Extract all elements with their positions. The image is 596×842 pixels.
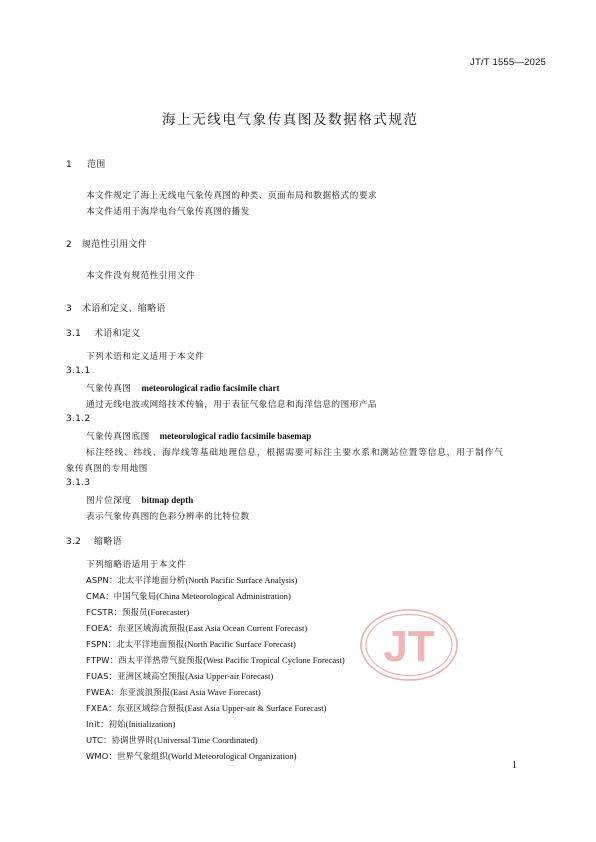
jt-watermark-logo: JT xyxy=(359,608,459,682)
abbr-zh: 东亚波浪预报 xyxy=(119,687,170,697)
abbr-en: (North Pacific Surface Analysis) xyxy=(185,575,297,585)
section-number: 1 xyxy=(66,160,87,170)
abbr-en: (East Asia Wave Forecast) xyxy=(170,687,261,697)
abbr-code: CMA xyxy=(86,591,105,601)
abbr-code: FTPW xyxy=(86,655,110,665)
abbreviation-item: FWEA：东亚波浪预报(East Asia Wave Forecast) xyxy=(86,686,261,698)
abbr-en: (North Pacific Surface Forecast) xyxy=(184,639,295,649)
abbr-zh: 西太平洋热带气旋预报 xyxy=(118,655,203,665)
abbreviation-item: FSPN：北太平洋地面预报(North Pacific Surface Fore… xyxy=(86,638,296,650)
term-en: meteorological radio facsimile basemap xyxy=(160,431,312,441)
abbr-code: FSPN xyxy=(86,639,108,649)
section-title: 缩略语 xyxy=(94,537,122,547)
abbr-en: (Initialization) xyxy=(126,719,176,729)
abbr-en: (Forecaster) xyxy=(148,607,190,617)
abbr-code: Init xyxy=(86,719,100,729)
intro-text: 下列缩略语适用于本文件 xyxy=(86,558,186,570)
section-title: 术语和定义 xyxy=(94,329,141,339)
document-title: 海上无线电气象传真图及数据格式规范 xyxy=(162,108,419,128)
section-number: 3 xyxy=(66,304,82,314)
abbr-zh: 东亚区域综合预报 xyxy=(117,703,185,713)
abbr-zh: 世界气象组织 xyxy=(117,751,168,761)
abbr-en: (World Meteorological Organization) xyxy=(168,751,297,761)
term-definition-continued: 象传真图的专用地图 xyxy=(66,462,148,474)
term-number: 3.1.2 xyxy=(66,414,90,424)
term-definition: 标注经线、纬线、海岸线等基础地理信息，根据需要可标注主要水系和测站位置等信息，用… xyxy=(86,446,504,458)
abbreviation-item: FCSTR：预报员(Forecaster) xyxy=(86,606,189,618)
abbr-code: FWEA xyxy=(86,687,111,697)
abbr-code: UTC xyxy=(86,735,103,745)
term-heading: 气象传真图meteorological radio facsimile char… xyxy=(86,382,280,394)
abbr-zh: 东亚区域海流预报 xyxy=(118,623,186,633)
abbreviation-item: WMO：世界气象组织(World Meteorological Organiza… xyxy=(86,750,296,762)
abbreviation-item: FXEA：东亚区域综合预报(East Asia Upper-air & Surf… xyxy=(86,702,326,714)
section-title: 规范性引用文件 xyxy=(82,240,147,250)
page-number: 1 xyxy=(512,760,517,771)
section-number: 2 xyxy=(66,240,82,250)
section-title: 术语和定义、缩略语 xyxy=(82,304,166,314)
abbr-zh: 初始 xyxy=(109,719,126,729)
abbr-zh: 亚洲区域高空预报 xyxy=(117,671,185,681)
term-number: 3.1.3 xyxy=(66,478,90,488)
abbr-en: (Asia Upper-air Forecast) xyxy=(185,671,273,681)
abbr-zh: 中国气象局 xyxy=(114,591,157,601)
abbr-code: FXEA xyxy=(86,703,108,713)
term-number: 3.1.1 xyxy=(66,366,90,376)
intro-text: 下列术语和定义适用于本文件 xyxy=(86,350,204,362)
abbreviation-item: Init：初始(Initialization) xyxy=(86,718,175,730)
section-3-2-heading: 3.2缩略语 xyxy=(66,534,122,547)
abbr-en: (West Pacific Tropical Cyclone Forecast) xyxy=(203,655,345,665)
watermark-ellipse-icon: JT xyxy=(359,608,459,682)
section-number: 3.2 xyxy=(66,537,94,547)
abbr-zh: 北太平洋地面分析 xyxy=(117,575,185,585)
term-heading: 气象传真图底图meteorological radio facsimile ba… xyxy=(86,430,311,442)
paragraph: 本文件没有规范性引用文件 xyxy=(86,269,195,281)
term-definition: 表示气象传真图的色彩分辨率的比特位数 xyxy=(86,510,250,522)
abbr-en: (China Meteorological Administration) xyxy=(156,591,291,601)
abbr-zh: 预报员 xyxy=(122,607,148,617)
abbr-en: (Universal Time Coordinated) xyxy=(154,735,258,745)
section-3-heading: 3术语和定义、缩略语 xyxy=(66,301,166,314)
abbr-zh: 协调世界时 xyxy=(112,735,155,745)
abbreviation-item: ASPN：北太平洋地面分析(North Pacific Surface Anal… xyxy=(86,574,297,586)
svg-text:JT: JT xyxy=(383,622,434,671)
standard-code: JT/T 1555—2025 xyxy=(470,57,546,68)
term-zh: 图片位深度 xyxy=(86,496,131,506)
term-en: meteorological radio facsimile chart xyxy=(141,383,279,393)
abbreviation-item: FTPW：西太平洋热带气旋预报(West Pacific Tropical Cy… xyxy=(86,654,345,666)
term-zh: 气象传真图底图 xyxy=(86,432,150,442)
abbreviation-item: UTC：协调世界时(Universal Time Coordinated) xyxy=(86,734,258,746)
abbr-code: FUAS xyxy=(86,671,109,681)
abbr-en: (East Asia Upper-air & Surface Forecast) xyxy=(185,703,327,713)
paragraph: 本文件规定了海上无线电气象传真图的种类、页面布局和数据格式的要求 xyxy=(86,189,377,201)
abbreviation-item: FOEA：东亚区域海流预报(East Asia Ocean Current Fo… xyxy=(86,622,307,634)
abbr-en: (East Asia Ocean Current Forecast) xyxy=(186,623,308,633)
abbr-zh: 北太平洋地面预报 xyxy=(116,639,184,649)
abbreviation-item: FUAS：亚洲区域高空预报(Asia Upper-air Forecast) xyxy=(86,670,273,682)
section-number: 3.1 xyxy=(66,329,94,339)
term-en: bitmap depth xyxy=(141,495,193,505)
section-1-heading: 1范围 xyxy=(66,157,106,170)
term-definition: 通过无线电波或网络技术传输，用于表征气象信息和海洋信息的图形产品 xyxy=(86,398,377,410)
section-2-heading: 2规范性引用文件 xyxy=(66,237,147,250)
section-title: 范围 xyxy=(87,160,106,170)
term-zh: 气象传真图 xyxy=(86,384,131,394)
term-heading: 图片位深度bitmap depth xyxy=(86,494,193,506)
abbreviation-item: CMA：中国气象局(China Meteorological Administr… xyxy=(86,590,291,602)
abbr-code: FOEA xyxy=(86,623,109,633)
abbr-code: FCSTR xyxy=(86,607,114,617)
abbr-code: ASPN xyxy=(86,575,109,585)
abbr-code: WMO xyxy=(86,751,109,761)
section-3-1-heading: 3.1术语和定义 xyxy=(66,326,141,339)
paragraph: 本文件适用于海岸电台气象传真图的播发 xyxy=(86,205,250,217)
